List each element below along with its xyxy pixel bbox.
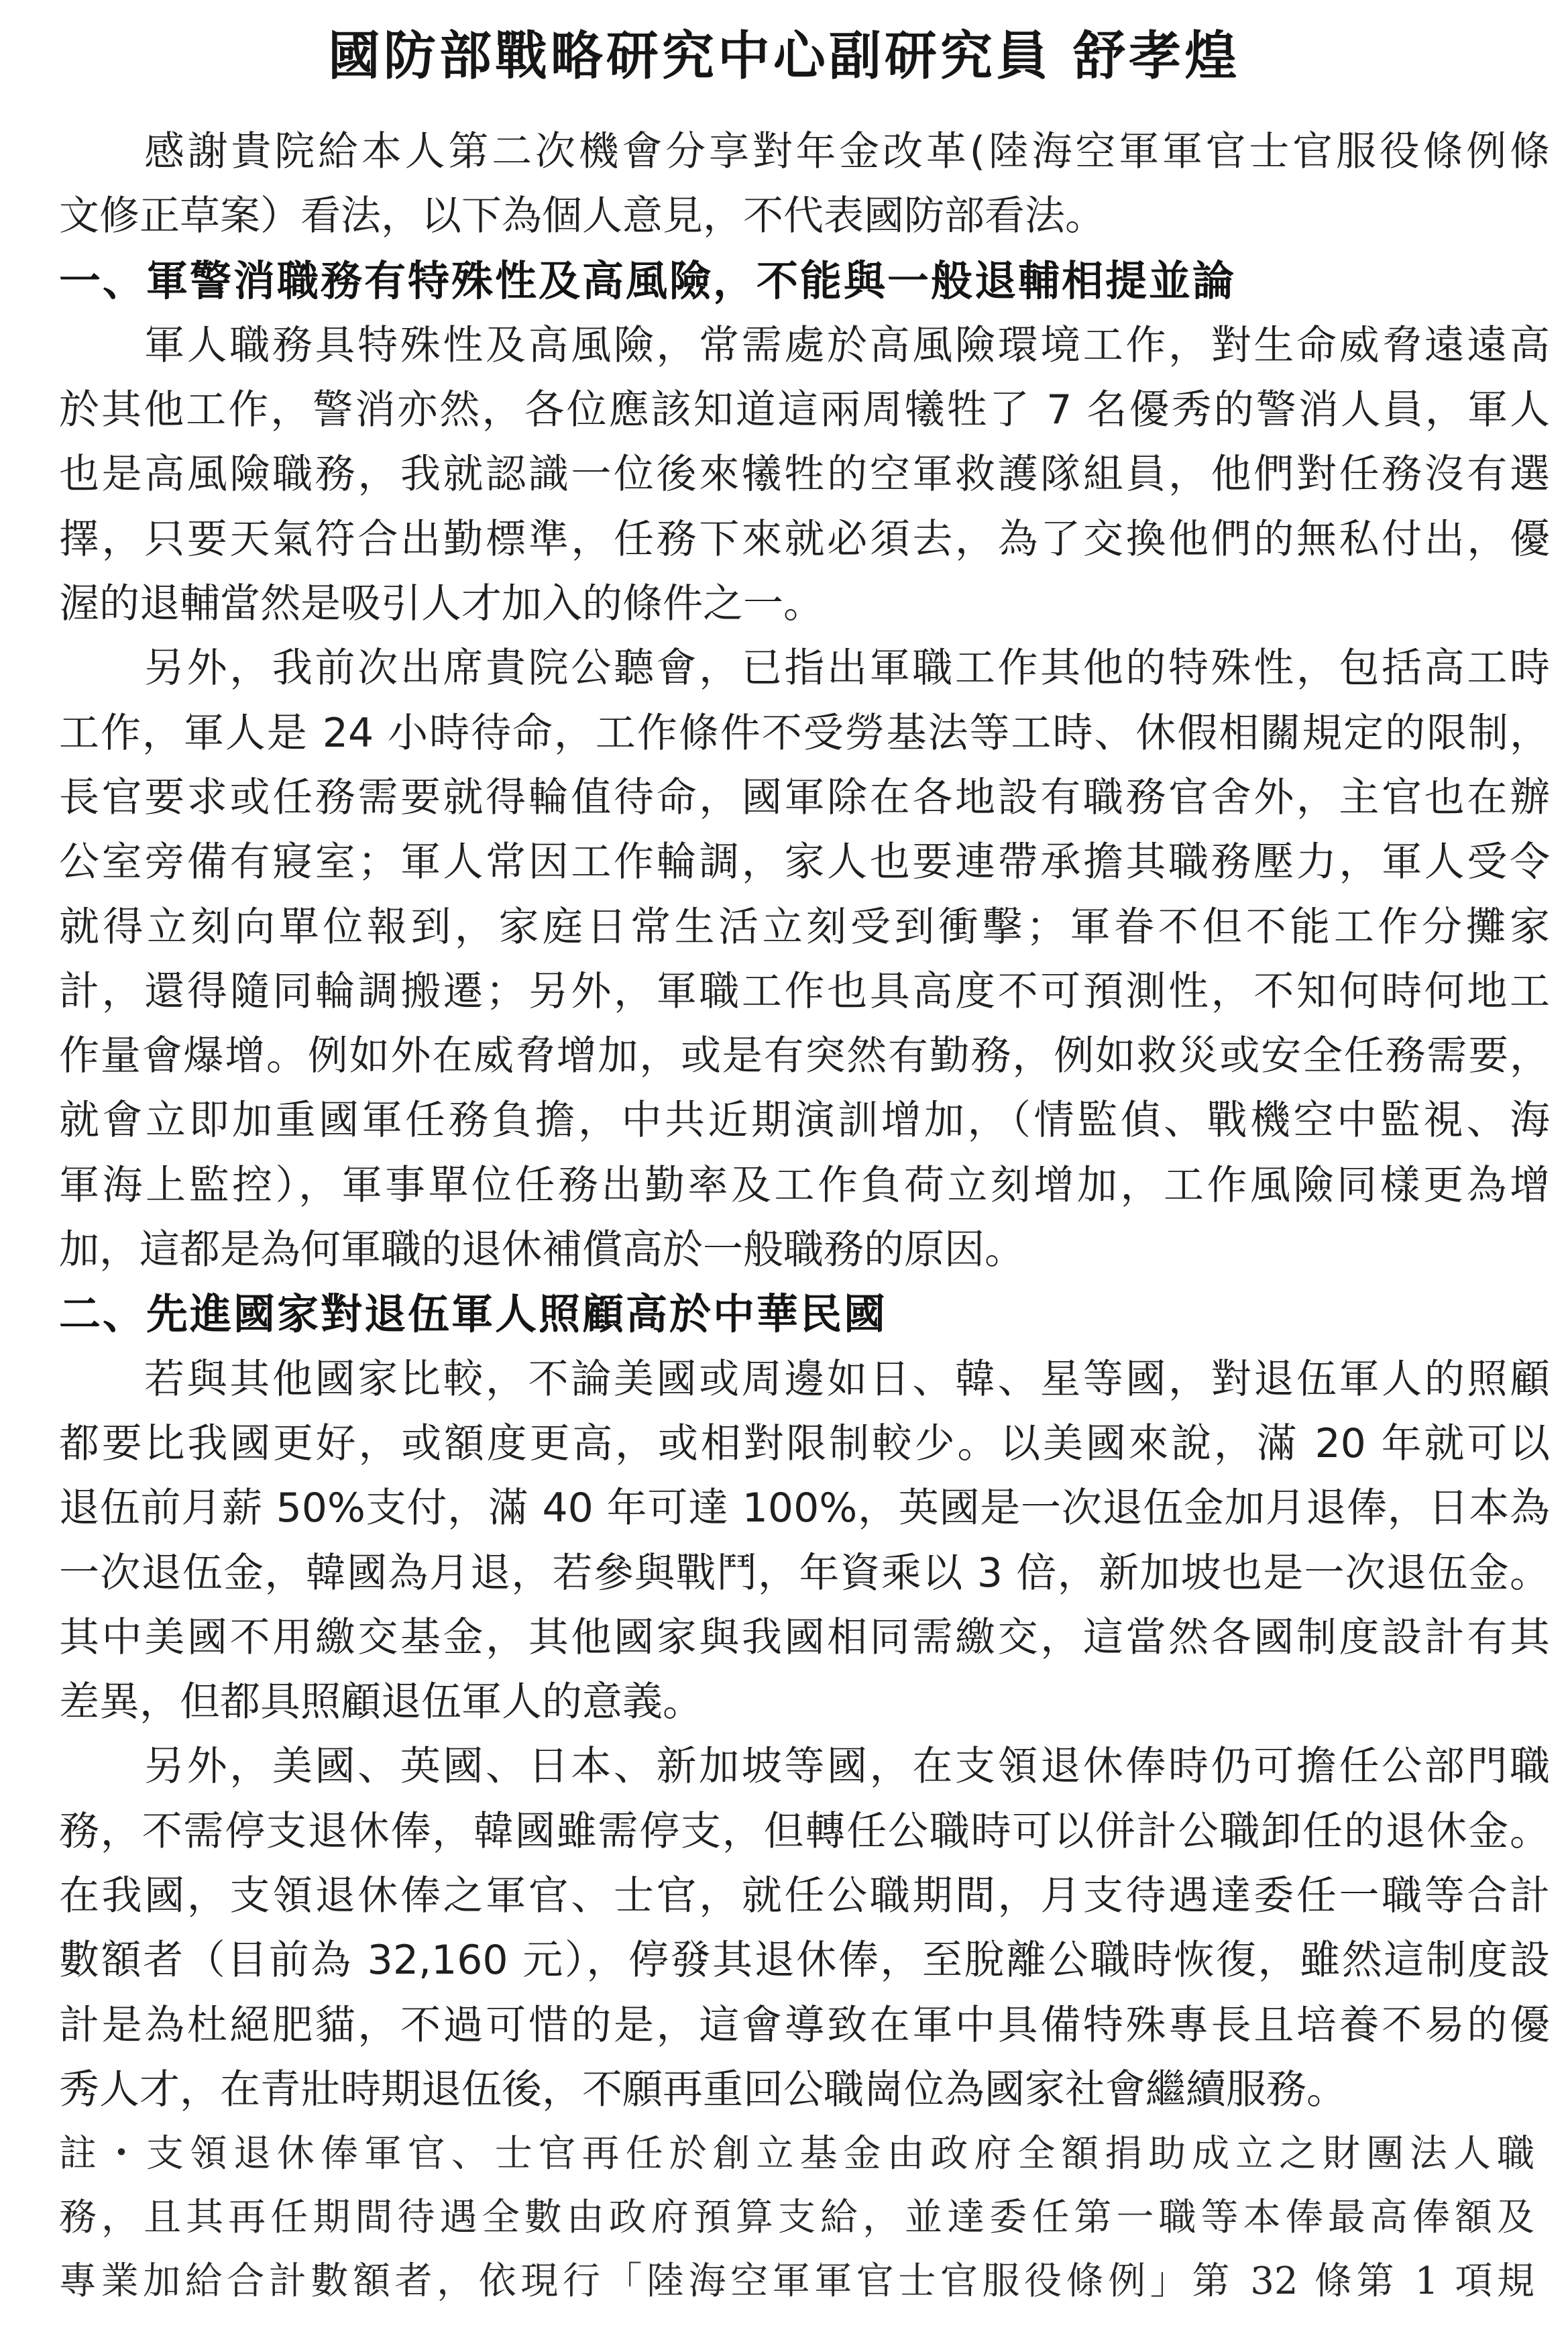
footnote-line: 註・支領退休俸軍官、士官再任於創立基金由政府全額捐助成立之財團法人職 — [59, 2122, 1534, 2186]
footnote-line: 務，且其再任期間待遇全數由政府預算支給，並達委任第一職等本俸最高俸額及 — [59, 2186, 1534, 2249]
paragraph-line: 退伍前月薪 50%支付，滿 40 年可達 100%，英國是一次退伍金加月退俸，日… — [59, 1476, 1550, 1540]
paragraph-line: 就會立即加重國軍任務負擔，中共近期演訓增加，（情監偵、戰機空中監視、海 — [59, 1088, 1550, 1153]
paragraph-line: 於其他工作，警消亦然，各位應該知道這兩周犧牲了 7 名優秀的警消人員，軍人 — [59, 378, 1550, 442]
paragraph-line: 感謝貴院給本人第二次機會分享對年金改革(陸海空軍軍官士官服役條例條 — [59, 119, 1550, 184]
section-2-paragraph-1: 若與其他國家比較，不論美國或周邊如日、韓、星等國，對退伍軍人的照顧 都要比我國更… — [59, 1347, 1550, 1735]
paragraph-line: 數額者（目前為 32,160 元），停發其退休俸，至脫離公職時恢復，雖然這制度設 — [59, 1928, 1550, 1992]
paragraph-line: 長官要求或任務需要就得輪值待命，國軍除在各地設有職務官舍外，主官也在辦 — [59, 765, 1550, 830]
section-heading: 二、先進國家對退伍軍人照顧高於中華民國 — [59, 1282, 1550, 1346]
section-heading: 一、軍警消職務有特殊性及高風險，不能與一般退輔相提並論 — [59, 249, 1550, 313]
paragraph-line: 在我國，支領退休俸之軍官、士官，就任公職期間，月支待遇達委任一職等合計 — [59, 1864, 1550, 1928]
paragraph-line: 一次退伍金，韓國為月退，若參與戰鬥，年資乘以 3 倍，新加坡也是一次退伍金。 — [59, 1541, 1550, 1605]
paragraph-line: 也是高風險職務，我就認識一位後來犧牲的空軍救護隊組員，他們對任務沒有選 — [59, 442, 1550, 506]
paragraph-line: 其中美國不用繳交基金，其他國家與我國相同需繳交，這當然各國制度設計有其 — [59, 1605, 1550, 1670]
paragraph-line: 軍海上監控），軍事單位任務出勤率及工作負荷立刻增加，工作風險同樣更為增 — [59, 1153, 1550, 1218]
footnote-line: 專業加給合計數額者，依現行「陸海空軍軍官士官服役條例」第 32 條第 1 項規 — [59, 2249, 1534, 2313]
paragraph-line: 差異，但都具照顧退伍軍人的意義。 — [59, 1670, 1550, 1734]
section-1: 一、軍警消職務有特殊性及高風險，不能與一般退輔相提並論 軍人職務具特殊性及高風險… — [59, 249, 1550, 1283]
paragraph-line: 軍人職務具特殊性及高風險，常需處於高風險環境工作，對生命威脅遠遠高 — [59, 313, 1550, 378]
paragraph-line: 擇，只要天氣符合出勤標準，任務下來就必須去，為了交換他們的無私付出，優 — [59, 507, 1550, 572]
paragraph-line: 另外，我前次出席貴院公聽會，已指出軍職工作其他的特殊性，包括高工時 — [59, 636, 1550, 700]
paragraph-line: 計是為杜絕肥貓，不過可惜的是，這會導致在軍中具備特殊專長且培養不易的優 — [59, 1993, 1550, 2058]
paragraph-line: 另外，美國、英國、日本、新加坡等國，在支領退休俸時仍可擔任公部門職 — [59, 1734, 1550, 1799]
paragraph-line: 就得立刻向單位報到，家庭日常生活立刻受到衝擊；軍眷不但不能工作分攤家 — [59, 895, 1550, 959]
paragraph-line: 渥的退輔當然是吸引人才加入的條件之一。 — [59, 572, 1550, 636]
footnote: 註・支領退休俸軍官、士官再任於創立基金由政府全額捐助成立之財團法人職 務，且其再… — [59, 2122, 1550, 2313]
intro-paragraph: 感謝貴院給本人第二次機會分享對年金改革(陸海空軍軍官士官服役條例條 文修正草案）… — [59, 119, 1550, 249]
paragraph-line: 加，這都是為何軍職的退休補償高於一般職務的原因。 — [59, 1218, 1550, 1282]
paragraph-line: 工作，軍人是 24 小時待命，工作條件不受勞基法等工時、休假相關規定的限制， — [59, 701, 1550, 765]
document-page: 國防部戰略研究中心副研究員 舒孝煌 感謝貴院給本人第二次機會分享對年金改革(陸海… — [0, 0, 1568, 2346]
section-1-paragraph-1: 軍人職務具特殊性及高風險，常需處於高風險環境工作，對生命威脅遠遠高 於其他工作，… — [59, 313, 1550, 636]
document-body: 感謝貴院給本人第二次機會分享對年金改革(陸海空軍軍官士官服役條例條 文修正草案）… — [59, 119, 1550, 2313]
paragraph-line: 秀人才，在青壯時期退伍後，不願再重回公職崗位為國家社會繼續服務。 — [59, 2058, 1550, 2122]
paragraph-line: 務，不需停支退休俸，韓國雖需停支，但轉任公職時可以併計公職卸任的退休金。 — [59, 1799, 1550, 1864]
paragraph-line: 文修正草案）看法，以下為個人意見，不代表國防部看法。 — [59, 184, 1550, 248]
paragraph-line: 作量會爆增。例如外在威脅增加，或是有突然有勤務，例如救災或安全任務需要， — [59, 1024, 1550, 1088]
section-2: 二、先進國家對退伍軍人照顧高於中華民國 若與其他國家比較，不論美國或周邊如日、韓… — [59, 1282, 1550, 2122]
section-1-paragraph-2: 另外，我前次出席貴院公聽會，已指出軍職工作其他的特殊性，包括高工時 工作，軍人是… — [59, 636, 1550, 1282]
paragraph-line: 計，還得隨同輪調搬遷；另外，軍職工作也具高度不可預測性，不知何時何地工 — [59, 959, 1550, 1024]
section-2-paragraph-2: 另外，美國、英國、日本、新加坡等國，在支領退休俸時仍可擔任公部門職 務，不需停支… — [59, 1734, 1550, 2122]
paragraph-line: 若與其他國家比較，不論美國或周邊如日、韓、星等國，對退伍軍人的照顧 — [59, 1347, 1550, 1411]
paragraph-line: 都要比我國更好，或額度更高，或相對限制較少。以美國來說，滿 20 年就可以 — [59, 1411, 1550, 1476]
document-title: 國防部戰略研究中心副研究員 舒孝煌 — [0, 23, 1568, 90]
paragraph-line: 公室旁備有寢室；軍人常因工作輪調，家人也要連帶承擔其職務壓力，軍人受令 — [59, 830, 1550, 894]
